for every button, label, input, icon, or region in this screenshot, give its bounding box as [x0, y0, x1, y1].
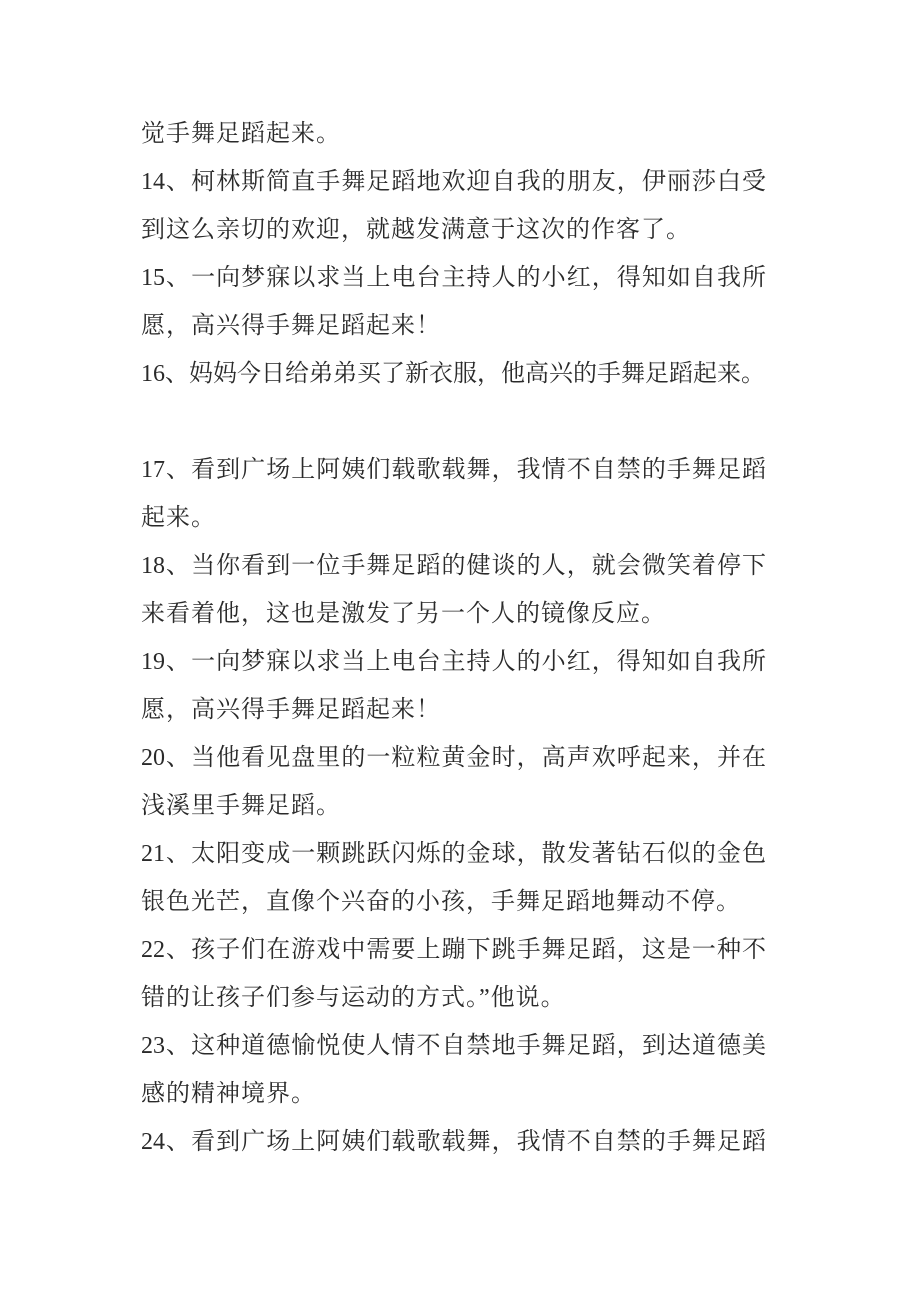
text-line: 23、这种道德愉悦使人情不自禁地手舞足蹈，到达道德美	[141, 1022, 766, 1070]
text-line: 到这么亲切的欢迎，就越发满意于这次的作客了。	[141, 206, 766, 254]
text-line: 18、当你看到一位手舞足蹈的健谈的人，就会微笑着停下	[141, 542, 766, 590]
text-area: 觉手舞足蹈起来。 14、柯林斯简直手舞足蹈地欢迎自我的朋友，伊丽莎白受 到这么亲…	[141, 110, 766, 1166]
text-line: 24、看到广场上阿姨们载歌载舞，我情不自禁的手舞足蹈	[141, 1118, 766, 1166]
text-line: 22、孩子们在游戏中需要上蹦下跳手舞足蹈，这是一种不	[141, 926, 766, 974]
text-line: 愿，高兴得手舞足蹈起来！	[141, 686, 766, 734]
text-line: 14、柯林斯简直手舞足蹈地欢迎自我的朋友，伊丽莎白受	[141, 158, 766, 206]
document-page: 觉手舞足蹈起来。 14、柯林斯简直手舞足蹈地欢迎自我的朋友，伊丽莎白受 到这么亲…	[0, 0, 920, 1302]
blank-line	[141, 398, 766, 446]
text-line: 16、妈妈今日给弟弟买了新衣服，他高兴的手舞足蹈起来。	[141, 350, 766, 398]
text-line: 银色光芒，直像个兴奋的小孩，手舞足蹈地舞动不停。	[141, 878, 766, 926]
text-line: 19、一向梦寐以求当上电台主持人的小红，得知如自我所	[141, 638, 766, 686]
text-line: 觉手舞足蹈起来。	[141, 110, 766, 158]
text-line: 感的精神境界。	[141, 1070, 766, 1118]
text-line: 20、当他看见盘里的一粒粒黄金时，高声欢呼起来，并在	[141, 734, 766, 782]
text-line: 起来。	[141, 494, 766, 542]
text-line: 来看着他，这也是激发了另一个人的镜像反应。	[141, 590, 766, 638]
text-line: 愿，高兴得手舞足蹈起来！	[141, 302, 766, 350]
text-line: 错的让孩子们参与运动的方式。”他说。	[141, 974, 766, 1022]
text-line: 15、一向梦寐以求当上电台主持人的小红，得知如自我所	[141, 254, 766, 302]
text-line: 浅溪里手舞足蹈。	[141, 782, 766, 830]
text-line: 21、太阳变成一颗跳跃闪烁的金球，散发著钻石似的金色	[141, 830, 766, 878]
text-line: 17、看到广场上阿姨们载歌载舞，我情不自禁的手舞足蹈	[141, 446, 766, 494]
